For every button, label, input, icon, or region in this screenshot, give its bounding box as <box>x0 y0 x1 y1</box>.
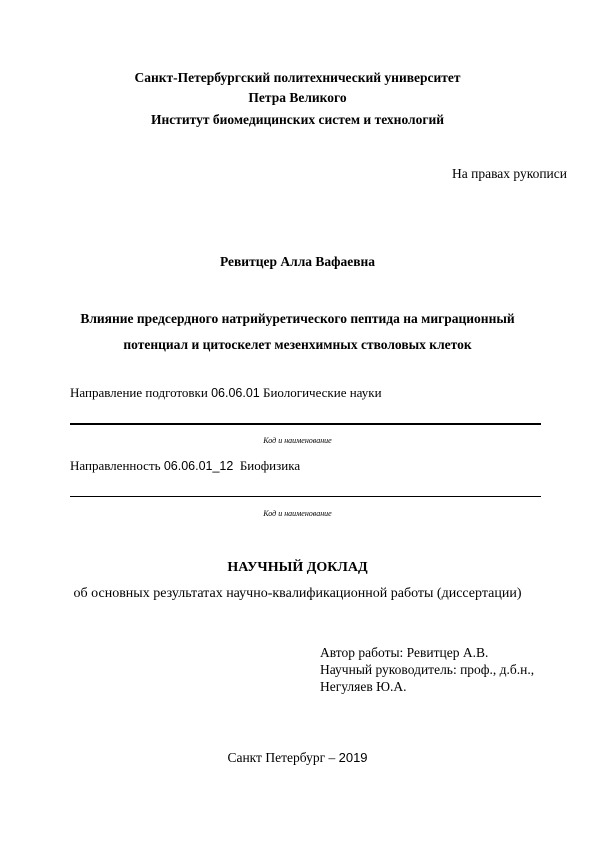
supervisor-title: Научный руководитель: проф., д.б.н., <box>320 661 534 678</box>
university-name: Санкт-Петербургский политехнический унив… <box>0 68 595 88</box>
city-year: Санкт Петербург – 2019 <box>0 750 595 766</box>
thesis-title-line-2: потенциал и цитоскелет мезенхимных ствол… <box>0 332 595 358</box>
direction-label: Направление подготовки <box>70 385 208 400</box>
report-subtitle: об основных результатах научно-квалифика… <box>0 586 595 602</box>
focus-label: Направленность <box>70 458 161 473</box>
direction-field: Направление подготовки 06.06.01 Биологич… <box>70 385 382 401</box>
report-heading: НАУЧНЫЙ ДОКЛАД <box>0 560 595 576</box>
direction-caption: Код и наименование <box>0 436 595 445</box>
focus-field: Направленность 06.06.01_12 Биофизика <box>70 458 300 474</box>
direction-code: 06.06.01 <box>211 386 260 400</box>
supervisor-name: Негуляев Ю.А. <box>320 678 534 695</box>
work-author: Автор работы: Ревитцер А.В. <box>320 644 534 661</box>
author-info: Автор работы: Ревитцер А.В. Научный руко… <box>320 644 534 695</box>
university-header: Санкт-Петербургский политехнический унив… <box>0 68 595 130</box>
institute-name: Институт биомедицинских систем и техноло… <box>0 110 595 130</box>
author-name: Ревитцер Алла Вафаевна <box>0 254 595 270</box>
year: 2019 <box>339 750 368 765</box>
focus-code: 06.06.01_12 <box>164 459 234 473</box>
direction-underline <box>70 423 541 425</box>
focus-name: Биофизика <box>240 458 300 473</box>
thesis-title-line-1: Влияние предсердного натрийуретического … <box>0 306 595 332</box>
city: Санкт Петербург – <box>227 750 335 765</box>
direction-name: Биологические науки <box>263 385 382 400</box>
university-name-continued: Петра Великого <box>0 88 595 108</box>
thesis-title: Влияние предсердного натрийуретического … <box>0 306 595 358</box>
focus-caption: Код и наименование <box>0 509 595 518</box>
focus-underline <box>70 496 541 497</box>
rights-note: На правах рукописи <box>452 166 567 182</box>
